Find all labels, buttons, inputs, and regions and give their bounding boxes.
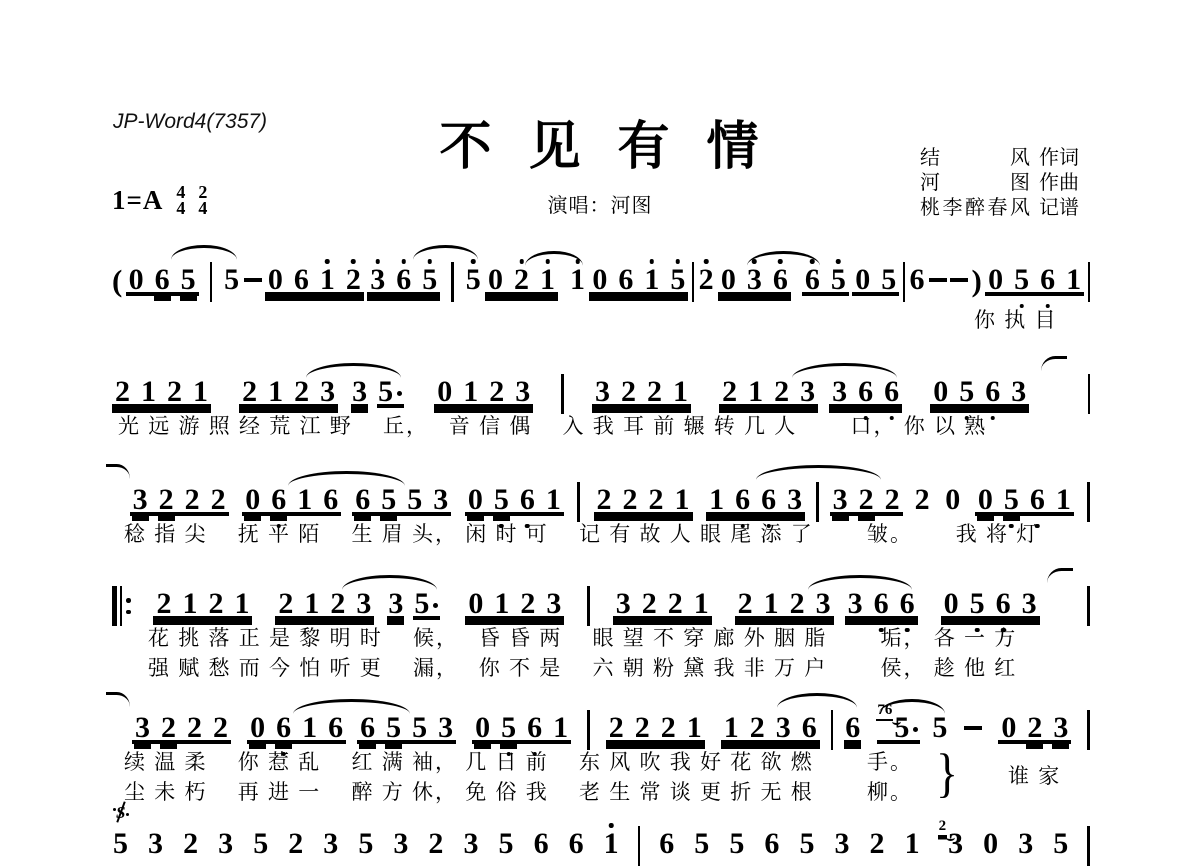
note: 2 (166, 380, 183, 404)
note: 2 (155, 592, 172, 616)
note-digit: 0 (944, 592, 959, 616)
bar-line (1088, 374, 1091, 414)
note: 2 (160, 716, 177, 740)
note: 5 (377, 380, 404, 404)
note-digit: 3 (816, 592, 831, 616)
note: 5 (421, 268, 438, 292)
slur-tie-group: 7655 (877, 716, 948, 740)
note-digit: 6 (569, 832, 584, 850)
note: 2 (749, 716, 766, 740)
note: 5 (693, 832, 710, 850)
note-digit: 2 (621, 380, 636, 404)
note-digit: 2 (609, 716, 624, 740)
note: 5 (465, 268, 482, 292)
note-digit: 2 (208, 592, 223, 616)
augmentation-dot (397, 391, 402, 396)
note: 3 (217, 832, 234, 850)
note: 5 (958, 380, 975, 404)
note-digit: 6 (534, 832, 549, 850)
slur-tie-group: 2123366 (735, 592, 918, 616)
note-digit: 2 (870, 832, 885, 850)
note: 2 (721, 380, 738, 404)
note: 0 (932, 380, 949, 404)
note-digit: 6 (802, 716, 817, 740)
note: 5 (411, 716, 428, 740)
note: 1 (672, 380, 689, 404)
beam-group: 2123 (735, 592, 834, 616)
beam-group: 3221 (613, 592, 712, 616)
note: 6 (359, 716, 376, 740)
note-digit: 2 (750, 716, 765, 740)
note: 1 (674, 488, 691, 512)
note-digit: 6 (996, 592, 1011, 616)
note-digit: 3 (323, 832, 338, 850)
notation-system: 5323523532356616556532123035S (112, 816, 1090, 850)
note-digit: 3 (135, 716, 150, 740)
beam-group: 0123 (434, 380, 533, 404)
slur-tie-group: 0211 (485, 268, 586, 292)
note-digit: 5 (407, 488, 422, 512)
bar-line (1087, 482, 1090, 522)
beam-group: 2123 (275, 592, 374, 616)
note-digit: 1 (905, 832, 920, 850)
beam-group: 0563 (941, 592, 1040, 616)
beam-group: 036 (718, 268, 791, 292)
note-digit: 2 (597, 488, 612, 512)
note: 6 (857, 380, 874, 404)
beam-group: 2121 (153, 592, 252, 616)
note-digit: 6 (874, 592, 889, 616)
note-digit: 2 (1027, 716, 1042, 740)
slur-tie-group: 0655 (126, 262, 241, 292)
bar-line (577, 482, 580, 522)
note-digit: 5 (1053, 832, 1068, 850)
note: 2 (634, 716, 651, 740)
augmentation-dot (433, 603, 438, 608)
note-digit: 3 (1011, 380, 1026, 404)
note: 5 (1052, 832, 1069, 850)
note-digit: 2 (167, 380, 182, 404)
beam-group: 1663 (706, 488, 805, 512)
note: 3 (355, 592, 372, 616)
note-digit: 0 (475, 716, 490, 740)
note: 2 (648, 488, 665, 512)
note-digit: 6 (761, 488, 776, 512)
note-digit: 2 (790, 592, 805, 616)
note-digit: 3 (515, 380, 530, 404)
note: 0 (467, 592, 484, 616)
beam-group: 2123 (719, 380, 818, 404)
note-digit: 0 (721, 268, 736, 292)
notation-row: 21212123350123322121233660563 (112, 576, 1090, 616)
note-digit: 1 (1066, 268, 1081, 292)
note-digit: 6 (294, 268, 309, 292)
tie-stub-right (1041, 356, 1067, 371)
lyric-line: 强 赋 愁 而 今 怕 听 更 漏， 你 不 是 六 朝 粉 黛 我 非 万 户… (148, 652, 1017, 682)
note-digit: 3 (438, 716, 453, 740)
note: 1 (763, 592, 780, 616)
note-digit: 3 (133, 488, 148, 512)
note-digit: 2 (699, 268, 714, 292)
note-digit: 5 (881, 268, 896, 292)
note-digit: 2 (159, 488, 174, 512)
note: 1 (747, 380, 764, 404)
beam-group: 3221 (592, 380, 691, 404)
note-digit: 6 (323, 488, 338, 512)
note: 5 (931, 716, 948, 740)
beam-group: 0616 (242, 488, 341, 512)
note: 1 (303, 592, 320, 616)
beam-group: 322 (830, 488, 903, 512)
slur-tie-group: 3655 (367, 262, 482, 292)
note-digit: 6 (773, 268, 788, 292)
note-digit: 6 (276, 716, 291, 740)
note-digit: 5 (831, 268, 846, 292)
note-digit: 1 (302, 716, 317, 740)
note-digit: 5 (224, 268, 239, 292)
note-digit: 3 (356, 592, 371, 616)
beam-group: 2221 (606, 716, 705, 740)
note: 0 (436, 380, 453, 404)
note-digit: 2 (211, 488, 226, 512)
note-digit: 5 (799, 832, 814, 850)
note: 0 (944, 488, 961, 512)
note-digit: 2 (288, 832, 303, 850)
beam-group: 1236 (721, 716, 820, 740)
beam-group: 0612 (265, 268, 364, 292)
beam-group: 6553 (352, 488, 451, 512)
note: 3 (833, 832, 850, 850)
beam-group: 023 (998, 716, 1071, 740)
note: 5 (969, 592, 986, 616)
note: 3 (786, 488, 803, 512)
notation-system: 322206166553056122211663322200561稔 指 尖 抚… (112, 472, 1090, 512)
note: 6 (899, 592, 916, 616)
bar-line (831, 710, 834, 750)
note-digit: 5 (381, 488, 396, 512)
note: 2 (869, 832, 886, 850)
note: 5 (669, 268, 686, 292)
note: 2 (488, 380, 505, 404)
note: 0 (487, 268, 504, 292)
note: 5 (1003, 488, 1020, 512)
grace-note: 76 (876, 703, 893, 721)
note: 6 (526, 716, 543, 740)
note-digit: 5 (414, 592, 429, 616)
beam-group: 35 (385, 592, 442, 616)
note-digit: 3 (595, 380, 610, 404)
beam-group: 365 (367, 268, 440, 292)
note-digit: 3 (218, 832, 233, 850)
note-digit: 6 (355, 488, 370, 512)
augmentation-dot (913, 727, 918, 732)
note: 6 (293, 268, 310, 292)
note-digit: 1 (182, 592, 197, 616)
note-digit: 5 (670, 268, 685, 292)
note: 3 (1052, 716, 1069, 740)
dash-note (964, 726, 982, 730)
note-digit: 2 (330, 592, 345, 616)
note: 5 (880, 268, 897, 292)
note: 3 (319, 380, 336, 404)
note-digit: 6 (328, 716, 343, 740)
dash-note (244, 278, 262, 282)
note: 5 (500, 716, 517, 740)
note-digit: 1 (320, 268, 335, 292)
beam-group: 0615 (589, 268, 688, 292)
notation-row: 322206166553056122211663322200561 (112, 472, 1090, 512)
note: 5 (252, 832, 269, 850)
note: 1 (603, 832, 620, 850)
note: 1 (493, 592, 510, 616)
note: 3 (1010, 380, 1027, 404)
note-digit: 6 (909, 268, 924, 292)
note: 0 (943, 592, 960, 616)
note: 1 (539, 268, 556, 292)
note: 1 (267, 380, 284, 404)
note: 6 (533, 832, 550, 850)
note-digit: 2 (115, 380, 130, 404)
note-digit: 5 (729, 832, 744, 850)
note: 2 (789, 592, 806, 616)
note-digit: 6 (735, 488, 750, 512)
lyric-line: 谁 家 (1008, 760, 1061, 790)
note: 6 (395, 268, 412, 292)
lyric-line: 续 温 柔 你 惹 乱 红 满 袖， 几 日 前 东 风 吹 我 好 花 欲 燃… (124, 746, 913, 776)
lyric-line: 稔 指 尖 抚 平 陌 生 眉 头， 闲 时 可 记 有 故 人 眼 尾 添 了… (124, 518, 1039, 548)
note: 2 (182, 832, 199, 850)
bar-line (210, 262, 213, 302)
note-digit: 2 (514, 268, 529, 292)
note-digit: 6 (985, 380, 1000, 404)
note-digit: 6 (764, 832, 779, 850)
note: 5 (380, 488, 397, 512)
notation-row: 32220616655305612221123667655023 (112, 700, 1090, 740)
note: 0 (591, 268, 608, 292)
note: 5 (357, 832, 374, 850)
note-digit: 0 (945, 488, 960, 512)
note: 2 (622, 488, 639, 512)
beam-group: 3222 (132, 716, 231, 740)
note: 5 (223, 268, 240, 292)
lyric-line: 尘 未 朽 再 进 一 醉 方 休， 免 俗 我 老 生 常 谈 更 折 无 根… (124, 776, 913, 806)
note-digit: 3 (787, 488, 802, 512)
note: 1 (319, 268, 336, 292)
note: 1 (723, 716, 740, 740)
note-digit: 2 (642, 592, 657, 616)
note-digit: 2 (278, 592, 293, 616)
note-digit: 1 (193, 380, 208, 404)
note: 6 (801, 716, 818, 740)
note: 2 (773, 380, 790, 404)
note: 2 (184, 488, 201, 512)
note: 6 (327, 716, 344, 740)
note-digit: 0 (1001, 716, 1016, 740)
bar-line (587, 586, 590, 626)
repeat-thick-bar (112, 586, 117, 626)
note-digit: 0 (437, 380, 452, 404)
note-digit: 0 (268, 268, 283, 292)
bar-line (451, 262, 454, 302)
beam-group: 3222 (130, 488, 229, 512)
note-digit: 2 (623, 488, 638, 512)
note-digit: 6 (659, 832, 674, 850)
note-digit: 0 (245, 488, 260, 512)
note: 1 (904, 832, 921, 850)
note-digit: 6 (900, 592, 915, 616)
beam-group: 366 (845, 592, 918, 616)
repeat-dots (126, 598, 131, 614)
note: 6 (270, 488, 287, 512)
lyric-line: } (936, 742, 958, 804)
lyric-line: 光 远 游 照 经 荒 江 野 丘， 音 信 偶 入 我 耳 前 辗 转 几 人… (118, 410, 987, 440)
note-digit: 1 (540, 268, 555, 292)
notation-system: 32220616655305612221123667655023续 温 柔 你 … (112, 700, 1090, 740)
grace-note: 2 (938, 819, 948, 837)
note: 3 (134, 716, 151, 740)
note-digit: 1 (463, 380, 478, 404)
segno-dot (113, 808, 116, 811)
parenthesis: ( (112, 269, 122, 294)
slur-tie-group: 06166553 (242, 488, 451, 512)
note-digit: 0 (855, 268, 870, 292)
note-digit: 0 (988, 268, 1003, 292)
note-digit: 2 (187, 716, 202, 740)
note-digit: 5 (494, 488, 509, 512)
notation-system: 21212123350123322121233660563光 远 游 照 经 荒… (112, 364, 1090, 404)
note: 2 (914, 488, 931, 512)
note: 1 (181, 592, 198, 616)
beam-group: 021 (485, 268, 558, 292)
score-area: (06550612365502110615203665056)0561你 执 目… (0, 0, 1200, 850)
note: 6 (275, 716, 292, 740)
note: 5 (1013, 268, 1030, 292)
note: 6 (772, 268, 789, 292)
note: 2 (329, 592, 346, 616)
note: 1 (1055, 488, 1072, 512)
note-digit: 1 (546, 488, 561, 512)
note-digit: 6 (396, 268, 411, 292)
bar-line (561, 374, 564, 414)
note: 2 (186, 716, 203, 740)
note-digit: 0 (933, 380, 948, 404)
lyric-line: 花 挑 落 正 是 黎 明 时 候， 昏 昏 两 眼 望 不 穿 廊 外 胭 脂… (148, 622, 1017, 652)
note-digit: 3 (546, 592, 561, 616)
note-digit: 0 (129, 268, 144, 292)
note-digit: 5 (113, 832, 128, 850)
note: 2 (210, 488, 227, 512)
note-digit: 1 (553, 716, 568, 740)
note: 2 (519, 592, 536, 616)
note-digit: 1 (748, 380, 763, 404)
note: 2 (608, 716, 625, 740)
bar-line (638, 826, 641, 850)
note: 0 (244, 488, 261, 512)
note-digit: 5 (499, 832, 514, 850)
note-digit: 2 (161, 716, 176, 740)
note: 3 (514, 380, 531, 404)
note: 765 (877, 716, 920, 740)
note: 1 (301, 716, 318, 740)
beam-group: 0561 (472, 716, 571, 740)
bar-line (587, 710, 590, 750)
note-digit: 2 (915, 488, 930, 512)
note: 3 (615, 592, 632, 616)
beam-group: 05 (852, 268, 899, 292)
lyric-line: 你 执 目 (974, 304, 1058, 334)
note-digit: 2 (885, 488, 900, 512)
beam-group: 0561 (975, 488, 1074, 512)
note: 2 (646, 380, 663, 404)
note-digit: 6 (858, 380, 873, 404)
note-digit: 6 (360, 716, 375, 740)
note-digit: 3 (848, 592, 863, 616)
note-digit: 1 (494, 592, 509, 616)
note-digit: 6 (527, 716, 542, 740)
note-digit: 1 (673, 380, 688, 404)
note-digit: 1 (304, 592, 319, 616)
note-digit: 5 (694, 832, 709, 850)
note: 2 (858, 488, 875, 512)
note-digit: 2 (738, 592, 753, 616)
note: 1 (296, 488, 313, 512)
note-digit: 1 (764, 592, 779, 616)
note: 1 (545, 488, 562, 512)
note-digit: 6 (520, 488, 535, 512)
note-digit: 3 (393, 832, 408, 850)
note-digit: 2 (183, 832, 198, 850)
note: 6 (658, 832, 675, 850)
note: 3 (775, 716, 792, 740)
note-digit: 6 (271, 488, 286, 512)
beam-group: 65 (802, 268, 849, 292)
note-digit: 2 (428, 832, 443, 850)
note: 6 (154, 268, 171, 292)
slur-tie-group: 2123366 (719, 380, 902, 404)
note-digit: 2 (668, 592, 683, 616)
bar-line (1087, 710, 1090, 750)
note: 2 (277, 592, 294, 616)
note-digit: 2 (213, 716, 228, 740)
note: 6 (322, 488, 339, 512)
note: 6 (908, 268, 925, 292)
note: 3 (832, 488, 849, 512)
repeat-barline (112, 586, 131, 626)
slur-tie-group: 06166553 (247, 716, 456, 740)
note: 6 (568, 832, 585, 850)
note: 6 (354, 488, 371, 512)
note-digit: 3 (776, 716, 791, 740)
note-digit: 3 (1018, 832, 1033, 850)
note-digit: 5 (501, 716, 516, 740)
note: 5 (406, 488, 423, 512)
note-digit: 2 (635, 716, 650, 740)
note-digit: 6 (884, 380, 899, 404)
note: 2 (114, 380, 131, 404)
notation-system: (06550612365502110615203665056)0561你 执 目 (112, 252, 1090, 292)
note: 3 (132, 488, 149, 512)
note: 5 (180, 268, 197, 292)
note-digit: 3 (616, 592, 631, 616)
repeat-dot (126, 610, 131, 615)
tie-stub-right (1047, 568, 1073, 583)
note: 1 (693, 592, 710, 616)
note-digit: 1 (675, 488, 690, 512)
note-digit: 5 (412, 716, 427, 740)
note: 2 (596, 488, 613, 512)
note: 5 (728, 832, 745, 850)
repeat-thin-bar (120, 586, 122, 626)
